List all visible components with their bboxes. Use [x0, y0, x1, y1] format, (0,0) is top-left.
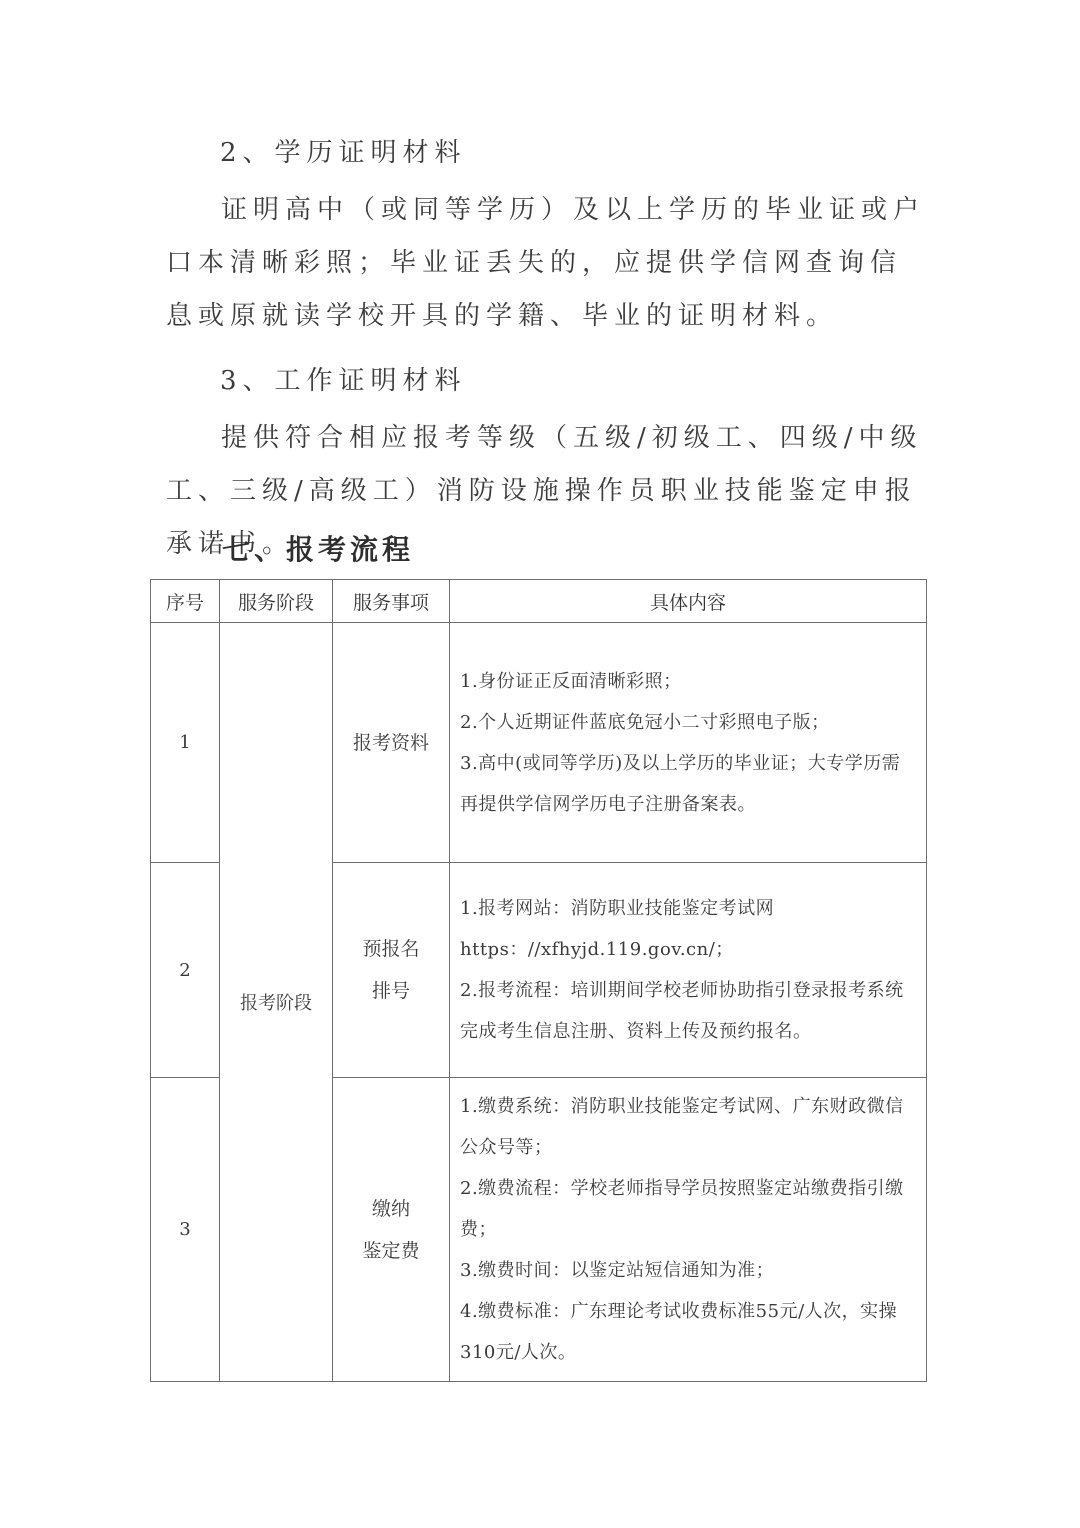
row-item-line1: 预报名	[334, 928, 448, 970]
row-content: 1.身份证正反面清晰彩照； 2.个人近期证件蓝底免冠小二寸彩照电子版； 3.高中…	[450, 623, 927, 863]
row-item-line2: 鉴定费	[334, 1230, 448, 1272]
registration-process-table: 序号 服务阶段 服务事项 具体内容 1 报考阶段 报考资料 1.身份证正反面清晰…	[150, 579, 927, 1382]
header-content: 具体内容	[450, 580, 927, 623]
row-no: 1	[151, 623, 220, 863]
row-item-line2: 排号	[334, 970, 448, 1012]
content-line: 2.缴费流程：学校老师指导学员按照鉴定站缴费指引缴费；	[460, 1168, 918, 1250]
table-row: 1 报考阶段 报考资料 1.身份证正反面清晰彩照； 2.个人近期证件蓝底免冠小二…	[151, 623, 927, 863]
row-no: 3	[151, 1078, 220, 1382]
content-line: 1.报考网站：消防职业技能鉴定考试网 https：//xfhyjd.119.go…	[460, 888, 918, 970]
row-content: 1.报考网站：消防职业技能鉴定考试网 https：//xfhyjd.119.go…	[450, 863, 927, 1078]
row-item-line1: 报考资料	[334, 722, 448, 764]
table-header-row: 序号 服务阶段 服务事项 具体内容	[151, 580, 927, 623]
content-line: 2.报考流程：培训期间学校老师协助指引登录报考系统完成考生信息注册、资料上传及预…	[460, 970, 918, 1052]
content-line: 2.个人近期证件蓝底免冠小二寸彩照电子版；	[460, 702, 918, 743]
row-item-line1: 缴纳	[334, 1188, 448, 1230]
content-line: 3.高中(或同等学历)及以上学历的毕业证；大专学历需再提供学信网学历电子注册备案…	[460, 743, 918, 825]
row-item: 缴纳 鉴定费	[333, 1078, 450, 1382]
row-content: 1.缴费系统：消防职业技能鉴定考试网、广东财政微信公众号等； 2.缴费流程：学校…	[450, 1078, 927, 1382]
row-item: 预报名 排号	[333, 863, 450, 1078]
row-item: 报考资料	[333, 623, 450, 863]
process-section-title: 七、报考流程	[222, 528, 414, 568]
header-no: 序号	[151, 580, 220, 623]
content-line: 1.身份证正反面清晰彩照；	[460, 661, 918, 702]
stage-cell: 报考阶段	[220, 623, 333, 1382]
header-item: 服务事项	[333, 580, 450, 623]
work-materials-heading: 3、工作证明材料	[220, 360, 467, 397]
content-line: 3.缴费时间：以鉴定站短信通知为准；	[460, 1250, 918, 1291]
edu-materials-body: 证明高中（或同等学历）及以上学历的毕业证或户口本清晰彩照；毕业证丢失的，应提供学…	[166, 184, 926, 343]
row-no: 2	[151, 863, 220, 1078]
edu-materials-heading: 2、学历证明材料	[220, 132, 467, 169]
content-line: 4.缴费标准：广东理论考试收费标准55元/人次，实操310元/人次。	[460, 1291, 918, 1373]
header-stage: 服务阶段	[220, 580, 333, 623]
content-line: 1.缴费系统：消防职业技能鉴定考试网、广东财政微信公众号等；	[460, 1086, 918, 1168]
